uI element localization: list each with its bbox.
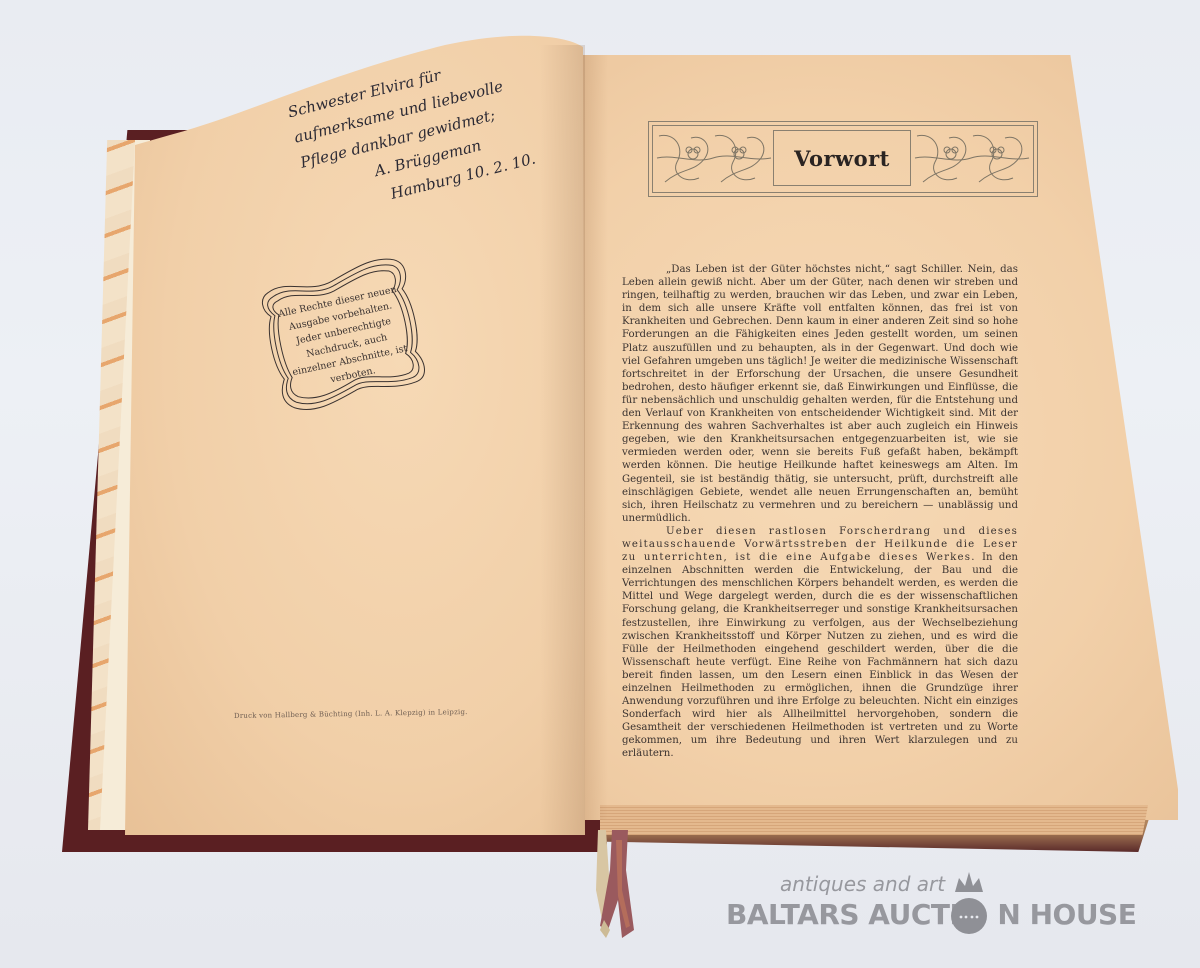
watermark-brand-start: BALTARS AUCTI (726, 898, 959, 931)
watermark-brand: BALTARS AUCTIN HOUSE (726, 898, 1136, 931)
title-box: Vorwort (773, 130, 911, 186)
watermark-tagline: antiques and art (780, 872, 945, 896)
preface-paragraph: Ueber diesen rastlosen Forscherdrang und… (622, 525, 1018, 761)
watermark-brand-end: N HOUSE (997, 898, 1136, 931)
preface-paragraph: „Das Leben ist der Güter höchstes nicht,… (622, 263, 1018, 525)
chapter-title: Vorwort (794, 146, 890, 171)
preface-body: „Das Leben ist der Güter höchstes nicht,… (622, 263, 1018, 761)
book-photo: Schwester Elvira für aufmerksame und lie… (0, 0, 1200, 968)
page-block-edge (600, 805, 1148, 835)
chapter-header-band: Vorwort (648, 121, 1038, 197)
art-nouveau-ornament-icon (913, 128, 1031, 188)
ribbon-bookmark-icon (596, 830, 636, 940)
paragraph-rest: In den einzelnen Abschnitten werden die … (622, 552, 1018, 759)
art-nouveau-ornament-icon (655, 128, 773, 188)
spaced-emphasis: Ueber diesen rastlosen Forscherdrang und… (622, 526, 1018, 563)
auction-house-watermark: antiques and art BALTARS AUCTIN HOUSE (724, 872, 1124, 942)
